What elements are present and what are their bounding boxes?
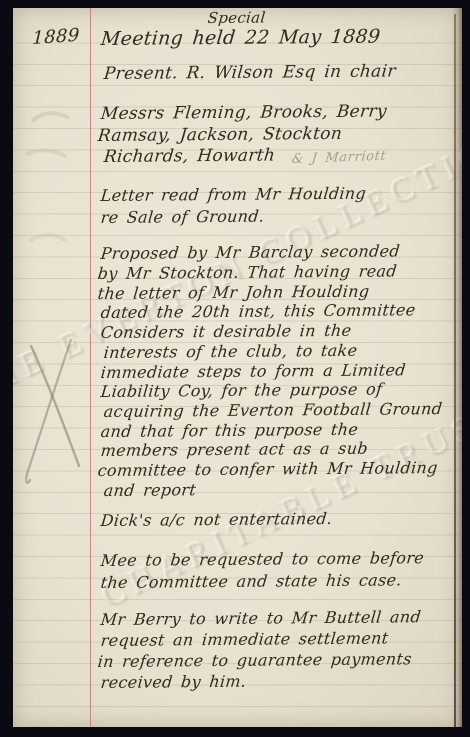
minutes-line: members present act as a sub — [100, 441, 369, 459]
minutes-line: re Sale of Ground. — [100, 209, 265, 226]
page-edge-line — [454, 14, 456, 727]
red-margin-line — [90, 8, 91, 727]
minutes-line: Letter read from Mr Houlding — [100, 186, 367, 204]
minutes-line: Dick's a/c not entertained. — [100, 511, 333, 529]
minutes-line: committee to confer with Mr Houlding — [97, 460, 438, 479]
attendees-line: Messrs Fleming, Brooks, Berry — [100, 104, 388, 123]
minutes-line: the letter of Mr John Houlding — [97, 284, 370, 302]
attendees-line: Richards, Howarth — [103, 148, 276, 166]
minutes-line: Mee to be requested to come before — [100, 550, 425, 569]
minutes-line: Considers it desirable in the — [100, 323, 352, 341]
minutes-line: acquiring the Everton Football Ground — [103, 401, 443, 420]
minutes-line: the Committee and state his case. — [100, 572, 403, 591]
attendees-line: Ramsay, Jackson, Stockton — [97, 126, 343, 145]
minutes-line: request an immediate settlement — [100, 630, 389, 649]
minutes-line: dated the 20th inst, this Committee — [100, 302, 416, 321]
minutes-line: Liability Coy, for the purpose of — [100, 382, 383, 400]
minutes-line: Proposed by Mr Barclay seconded — [100, 243, 401, 262]
minutes-line: Mr Berry to write to Mr Buttell and — [100, 609, 422, 628]
minutes-line: and report — [103, 482, 197, 499]
minutes-line: received by him. — [100, 674, 247, 691]
meeting-date-line: Meeting held 22 May 1889 — [100, 28, 381, 49]
present-line: Present. R. Wilson Esq in chair — [103, 63, 397, 83]
minutes-line: immediate steps to form a Limited — [100, 362, 407, 381]
pencil-annotation: & J Marriott — [291, 150, 387, 166]
minutes-line: in reference to guarantee payments — [97, 651, 413, 670]
minutes-line: and that for this purpose the — [100, 422, 359, 440]
photo-background: The Everton Collection Charitable Trust … — [0, 0, 470, 737]
ledger-page: The Everton Collection Charitable Trust … — [13, 8, 462, 727]
heading-special: Special — [207, 10, 266, 26]
margin-year: 1889 — [32, 27, 80, 48]
minutes-line: by Mr Stockton. That having read — [97, 263, 398, 282]
minutes-line: interests of the club, to take — [103, 343, 358, 361]
